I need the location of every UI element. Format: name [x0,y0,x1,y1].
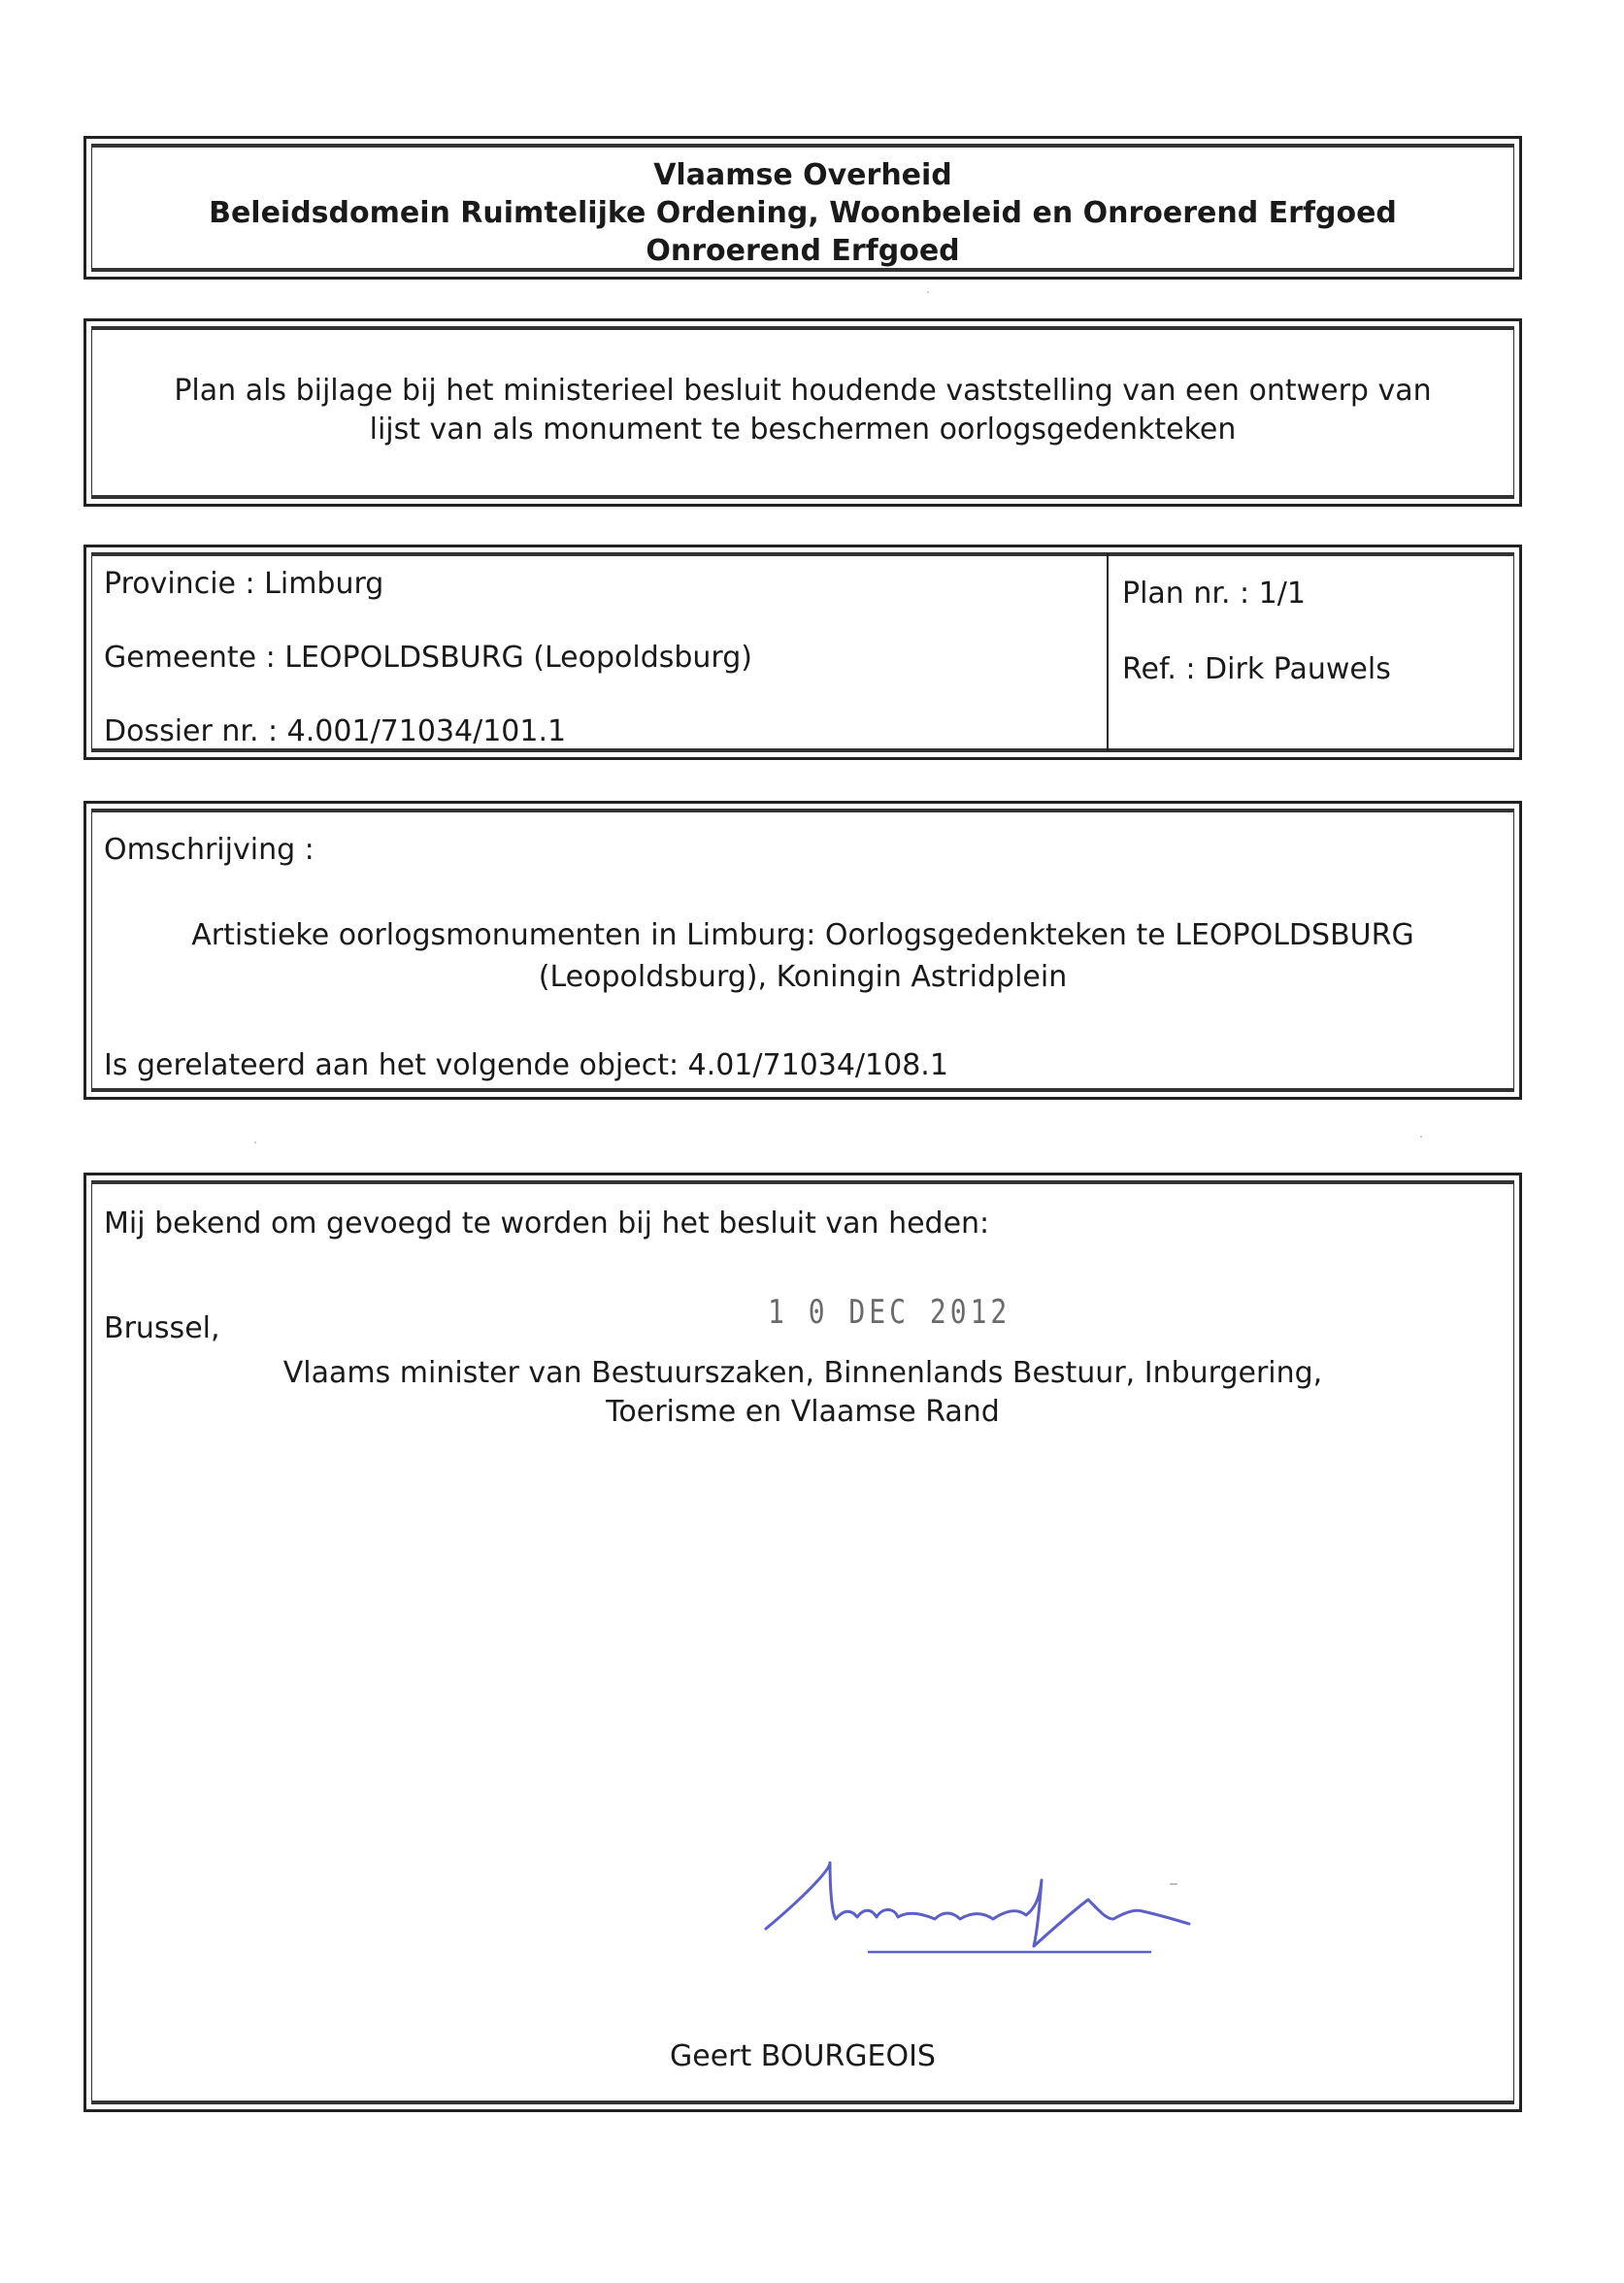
scan-speck [254,1141,256,1143]
plan-title-line-2: lijst van als monument te beschermen oor… [121,411,1484,449]
description-line-2: (Leopoldsburg), Koningin Astridplein [112,956,1494,998]
dossier-field: Dossier nr. : 4.001/71034/101.1 [104,712,1107,786]
scan-speck [927,291,929,293]
handwritten-signature-icon [762,1851,1238,1958]
date-stamp: 1 0 DEC 2012 [768,1293,1011,1332]
description-line-1: Artistieke oorlogsmonumenten in Limburg:… [112,914,1494,956]
minister-title: Vlaams minister van Bestuurszaken, Binne… [92,1354,1513,1432]
info-box: Provincie : Limburg Gemeente : LEOPOLDSB… [83,545,1522,760]
reference-field: Ref. : Dirk Pauwels [1122,650,1513,726]
signatory-name: Geert BOURGEOIS [92,2039,1513,2073]
place-label: Brussel, [104,1311,220,1345]
header-box: Vlaamse Overheid Beleidsdomein Ruimtelij… [83,136,1522,280]
scan-speck [1420,1136,1422,1138]
scan-speck [1170,1883,1177,1885]
info-left-column: Provincie : Limburg Gemeente : LEOPOLDSB… [92,553,1109,751]
header-policy-domain: Beleidsdomein Ruimtelijke Ordening, Woon… [92,194,1513,232]
plan-title-box: Plan als bijlage bij het ministerieel be… [83,318,1522,507]
description-text: Artistieke oorlogsmonumenten in Limburg:… [92,914,1513,998]
approval-statement: Mij bekend om gevoegd te worden bij het … [104,1207,989,1241]
provincie-field: Provincie : Limburg [104,565,1107,639]
plan-title-line-1: Plan als bijlage bij het ministerieel be… [121,372,1484,411]
minister-title-line-2: Toerisme en Vlaamse Rand [92,1393,1513,1432]
signature-box: Mij bekend om gevoegd te worden bij het … [83,1173,1522,2112]
related-object: Is gerelateerd aan het volgende object: … [104,1048,948,1082]
description-label: Omschrijving : [104,833,315,867]
minister-title-line-1: Vlaams minister van Bestuurszaken, Binne… [92,1354,1513,1393]
gemeente-field: Gemeente : LEOPOLDSBURG (Leopoldsburg) [104,639,1107,712]
description-box: Omschrijving : Artistieke oorlogsmonumen… [83,801,1522,1100]
header-agency: Onroerend Erfgoed [92,232,1513,270]
plan-number-field: Plan nr. : 1/1 [1122,575,1513,650]
info-right-column: Plan nr. : 1/1 Ref. : Dirk Pauwels [1109,553,1513,751]
header-authority: Vlaamse Overheid [92,156,1513,194]
